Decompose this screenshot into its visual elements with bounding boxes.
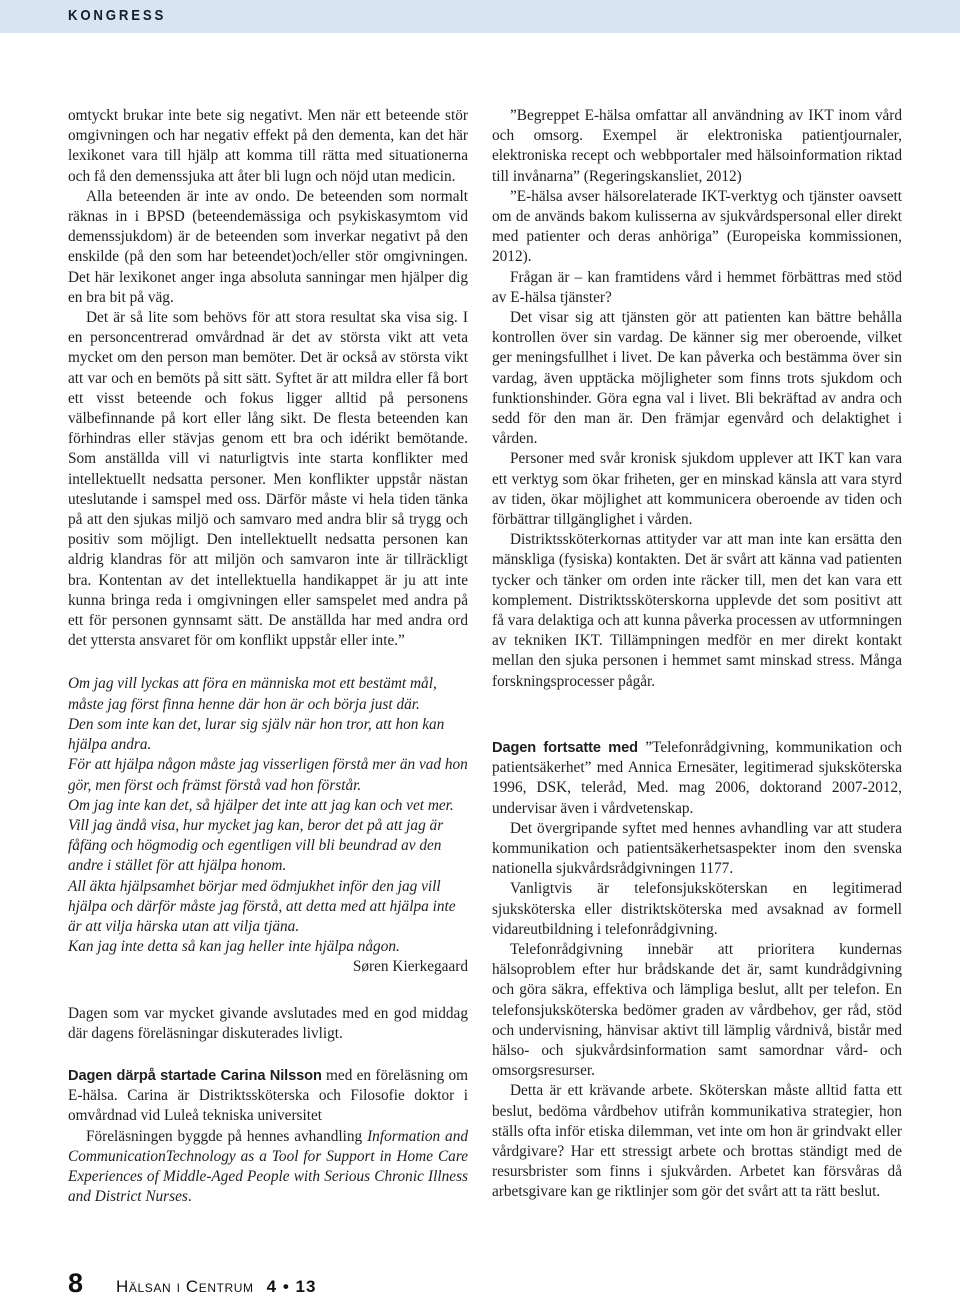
paragraph: omtyckt brukar inte bete sig negativt. M…: [68, 106, 468, 187]
paragraph-bold-lead: Dagen fortsatte med: [492, 740, 645, 756]
paragraph: Det övergripande syftet med hennes avhan…: [492, 819, 902, 880]
paragraph-bold-lead: Dagen därpå startade Carina Nilsson: [68, 1068, 322, 1084]
quote-line: Den som inte kan det, lurar sig själv nä…: [68, 715, 468, 755]
issue-number: 4 • 13: [267, 1277, 317, 1297]
text-segment: .: [188, 1188, 192, 1205]
paragraph: Det visar sig att tjänsten gör att patie…: [492, 308, 902, 449]
paragraph-gap: [68, 978, 468, 1004]
paragraph: Detta är ett krävande arbete. Sköterskan…: [492, 1081, 902, 1202]
paragraph-gap: [492, 692, 902, 738]
text-segment: Föreläsningen byggde på hennes avhandlin…: [86, 1128, 367, 1145]
text-segment: Distriktssköterkornas attityder var att …: [492, 531, 902, 689]
paragraph: Distriktssköterkornas attityder var att …: [492, 530, 902, 692]
text-segment: ”E-hälsa avser hälsorelaterade IKT-verkt…: [492, 188, 902, 266]
paragraph-gap: [68, 651, 468, 674]
quote-line: Vill jag ändå visa, hur mycket jag kan, …: [68, 816, 468, 877]
magazine-page: { "header": { "label": "KONGRESS", "band…: [0, 0, 960, 1301]
text-segment: Dagen som var mycket givande avslutades …: [68, 1005, 468, 1042]
section-header-label: KONGRESS: [68, 7, 166, 24]
paragraph: Frågan är – kan framtidens vård i hemmet…: [492, 268, 902, 308]
text-segment: Personer med svår kronisk sjukdom upplev…: [492, 450, 902, 528]
text-segment: Det visar sig att tjänsten gör att patie…: [492, 309, 902, 447]
text-column-right: ”Begreppet E-hälsa omfattar all användni…: [492, 106, 902, 1203]
quote-line: För att hjälpa någon måste jag visserlig…: [68, 755, 468, 795]
text-segment: Det är så lite som behövs för att stora …: [68, 309, 468, 649]
text-segment: Vanligtvis är telefonsjuksköterskan en l…: [492, 880, 902, 937]
paragraph-gap: [68, 1044, 468, 1066]
quote-line: Om jag vill lyckas att föra en människa …: [68, 674, 468, 714]
paragraph: Föreläsningen byggde på hennes avhandlin…: [68, 1127, 468, 1208]
magazine-title: Hälsan i Centrum: [116, 1277, 254, 1297]
paragraph: Dagen som var mycket givande avslutades …: [68, 1004, 468, 1044]
quote-line: Om jag inte kan det, så hjälper det inte…: [68, 796, 468, 816]
text-segment: omtyckt brukar inte bete sig negativt. M…: [68, 107, 468, 185]
text-column-left: omtyckt brukar inte bete sig negativt. M…: [68, 106, 468, 1207]
text-segment: Telefonrådgivning innebär att prioritera…: [492, 941, 902, 1079]
text-segment: ”Begreppet E-hälsa omfattar all användni…: [492, 107, 902, 185]
paragraph: ”E-hälsa avser hälsorelaterade IKT-verkt…: [492, 187, 902, 268]
paragraph: Alla beteenden är inte av ondo. De betee…: [68, 187, 468, 308]
quote-line: Kan jag inte detta så kan jag heller int…: [68, 937, 468, 957]
paragraph: Dagen fortsatte med ”Telefonrådgivning, …: [492, 738, 902, 819]
quote-line: All äkta hjälpsamhet börjar med ödmjukhe…: [68, 877, 468, 938]
paragraph: Personer med svår kronisk sjukdom upplev…: [492, 449, 902, 530]
paragraph: Vanligtvis är telefonsjuksköterskan en l…: [492, 879, 902, 940]
text-segment: Frågan är – kan framtidens vård i hemmet…: [492, 269, 902, 306]
quote-attribution: Søren Kierkegaard: [68, 957, 468, 977]
paragraph: Det är så lite som behövs för att stora …: [68, 308, 468, 651]
paragraph: Telefonrådgivning innebär att prioritera…: [492, 940, 902, 1081]
text-segment: Alla beteenden är inte av ondo. De betee…: [68, 188, 468, 306]
page-number: 8: [68, 1268, 83, 1299]
text-segment: Detta är ett krävande arbete. Sköterskan…: [492, 1082, 902, 1200]
page-footer: 8 Hälsan i Centrum 4 • 13: [68, 1268, 316, 1299]
text-segment: Det övergripande syftet med hennes avhan…: [492, 820, 902, 877]
paragraph: ”Begreppet E-hälsa omfattar all användni…: [492, 106, 902, 187]
paragraph: Dagen därpå startade Carina Nilsson med …: [68, 1066, 468, 1127]
